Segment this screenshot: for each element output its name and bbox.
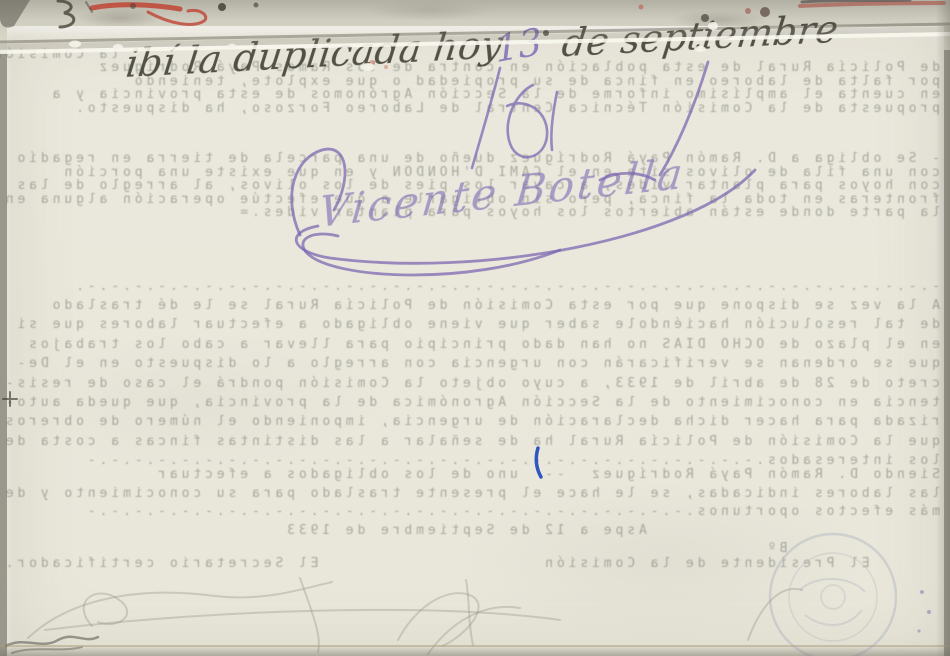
typed-line: que la Comisión de Policía Rural ha de s… [20, 432, 940, 451]
typed-paragraph-4: Siendo D. Ramón Payá Rodríguez -- uno de… [20, 466, 940, 522]
typed-line: Siendo D. Ramón Payá Rodríguez -- uno de… [20, 466, 940, 485]
typed-paragraph-3: A la vez se dispone que por esta Comisió… [20, 296, 940, 471]
typed-line: creto de 28 de abril de 1933, a cuyo obj… [20, 374, 940, 393]
typed-divider-rule: -.-.-.-.-.-.-.-.-.-.-.-.-.-.-.-.-.-.-.-.… [20, 279, 940, 294]
typed-line: - Se obliga a D. Ramón Payá Rodríguez du… [20, 152, 940, 166]
page-bottom-edge-shadow [0, 646, 950, 656]
typed-line: que se ordenan se verificarán con urgenc… [20, 354, 940, 373]
typed-line: El Presidente de la Comisión El Secretar… [20, 556, 940, 571]
typed-visto-bueno: Bº [20, 541, 940, 556]
typed-date-line: Aspe a 12 de Septiembre de 1933 [20, 523, 940, 538]
typed-line: más efectos oportunos.-.-.-.-.-.-.-.-.-.… [20, 503, 940, 522]
typed-line: propuesta de la Comisión Técnica Central… [20, 102, 940, 115]
typed-showthrough-layer: la Comisión de Policía Rural de esta pob… [20, 0, 940, 656]
scanned-document: la Comisión de Policía Rural de esta pob… [0, 0, 950, 656]
typed-line: en cuenta el amplísimo informe de la Sec… [20, 88, 940, 101]
typed-line: Bº [20, 541, 940, 556]
typed-line: las labores indicadas, se le hace el pre… [20, 485, 940, 504]
typed-line: de tal resolución haciéndole saber que v… [20, 315, 940, 334]
typed-line: Aspe a 12 de Septiembre de 1933 [20, 523, 940, 538]
typed-line: tencia en conocimiento de la Sección Agr… [20, 393, 940, 412]
typed-line: rizada para hacer dicha declaración de u… [20, 412, 940, 431]
handwritten-day: 13 [494, 20, 543, 71]
typed-line: en el plazo de OCHO DIAS no han dado pri… [20, 335, 940, 354]
typed-signature-titles: El Presidente de la Comisión El Secretar… [20, 556, 940, 571]
page-right-edge-shadow [936, 0, 950, 656]
typed-line: A la vez se dispone que por esta Comisió… [20, 296, 940, 315]
typed-line: -.-.-.-.-.-.-.-.-.-.-.-.-.-.-.-.-.-.-.-.… [20, 279, 940, 294]
